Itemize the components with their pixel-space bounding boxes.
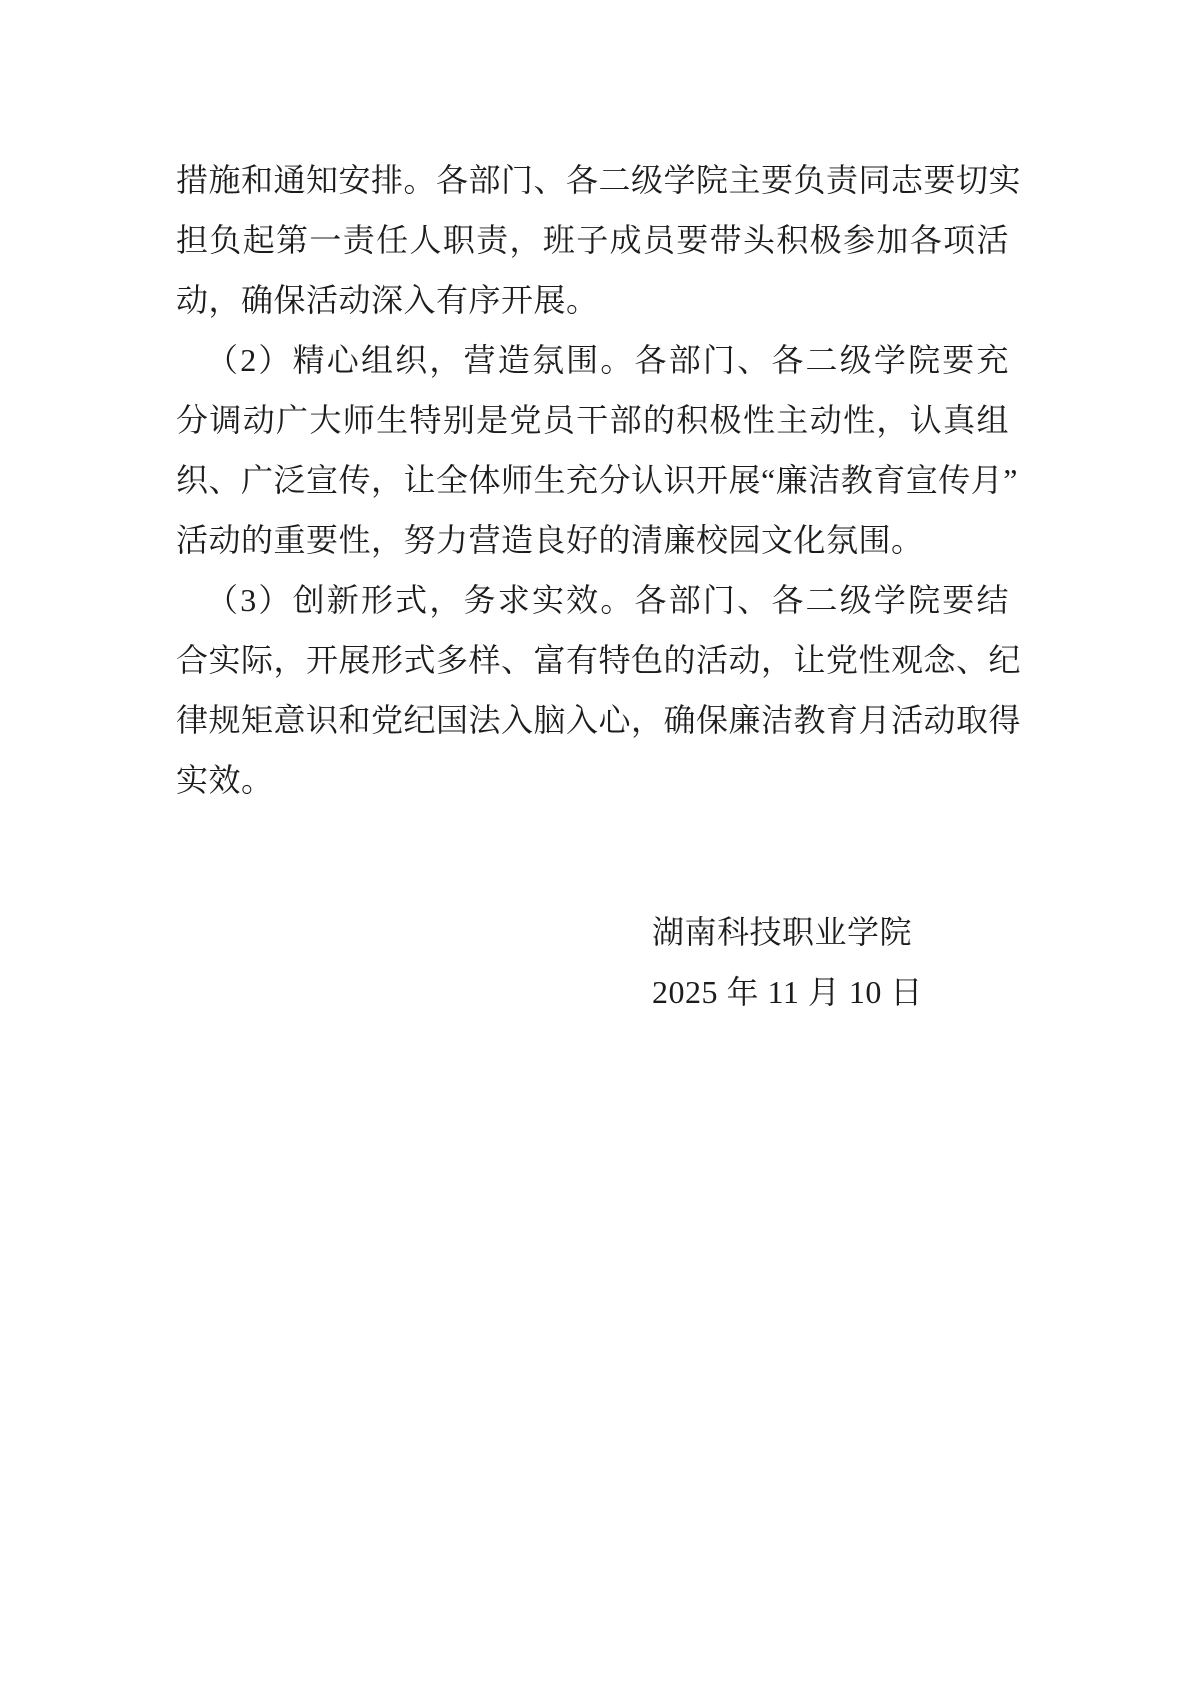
text-line: 实效。 (176, 750, 1009, 810)
text-line: 织、广泛宣传，让全体师生充分认识开展“廉洁教育宣传月” (176, 450, 1009, 510)
text-line: 分调动广大师生特别是党员干部的积极性主动性，认真组 (176, 390, 1009, 450)
document-page: 措施和通知安排。各部门、各二级学院主要负责同志要切实 担负起第一责任人职责，班子… (0, 0, 1191, 1684)
signature-org: 湖南科技职业学院 (652, 902, 923, 962)
text-line: 担负起第一责任人职责，班子成员要带头积极参加各项活 (176, 210, 1009, 270)
text-line: （2）精心组织，营造氛围。各部门、各二级学院要充 (176, 330, 1009, 390)
text-line: 合实际，开展形式多样、富有特色的活动，让党性观念、纪 (176, 630, 1009, 690)
body-paragraph: （2）精心组织，营造氛围。各部门、各二级学院要充 分调动广大师生特别是党员干部的… (176, 330, 1009, 570)
signature-block: 湖南科技职业学院 2025 年 11 月 10 日 (652, 902, 923, 1022)
text-line: （3）创新形式，务求实效。各部门、各二级学院要结 (176, 570, 1009, 630)
text-line: 活动的重要性，努力营造良好的清廉校园文化氛围。 (176, 510, 1009, 570)
body-paragraph: （3）创新形式，务求实效。各部门、各二级学院要结 合实际，开展形式多样、富有特色… (176, 570, 1009, 810)
text-line: 措施和通知安排。各部门、各二级学院主要负责同志要切实 (176, 150, 1009, 210)
signature-date: 2025 年 11 月 10 日 (652, 962, 923, 1022)
document-body-text: 措施和通知安排。各部门、各二级学院主要负责同志要切实 担负起第一责任人职责，班子… (176, 150, 1009, 810)
body-paragraph: 措施和通知安排。各部门、各二级学院主要负责同志要切实 担负起第一责任人职责，班子… (176, 150, 1009, 330)
text-line: 律规矩意识和党纪国法入脑入心，确保廉洁教育月活动取得 (176, 690, 1009, 750)
text-line: 动，确保活动深入有序开展。 (176, 270, 1009, 330)
